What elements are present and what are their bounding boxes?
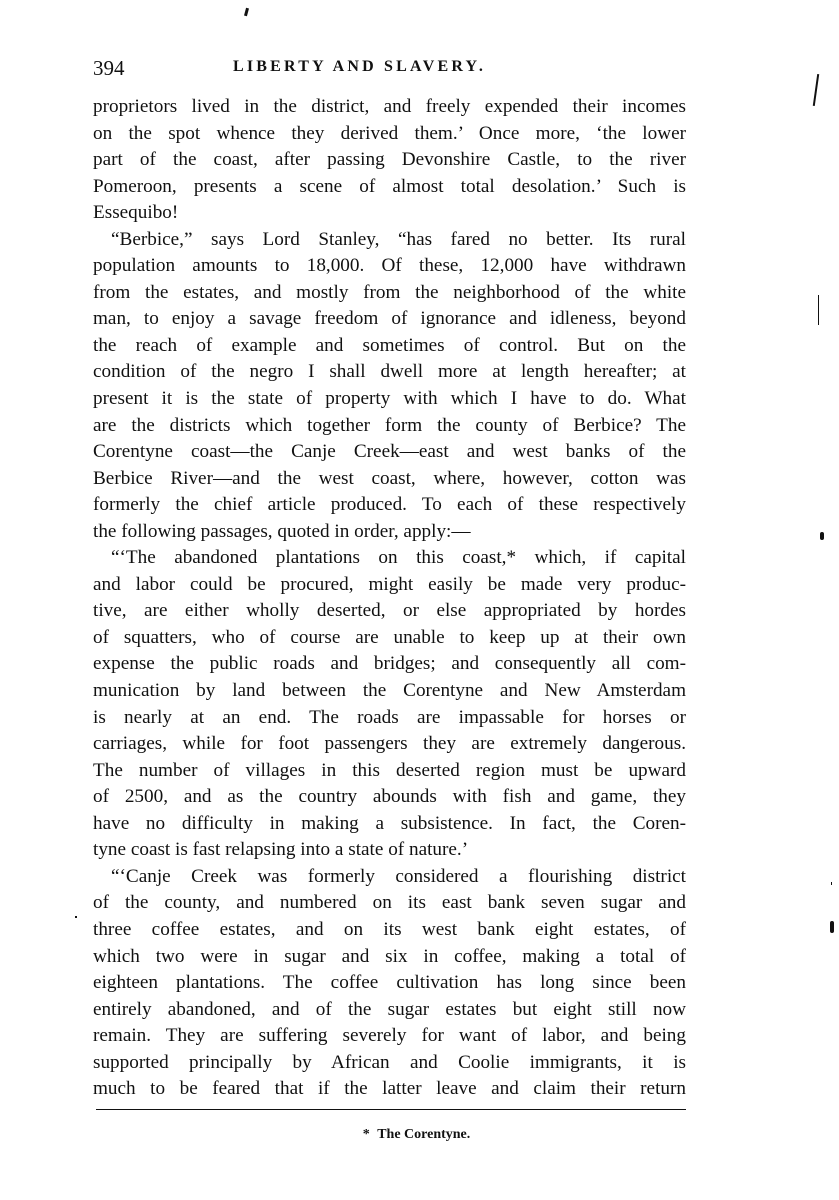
text-line: supported principally by African and Coo… [93, 1050, 686, 1077]
footnote: * The Corentyne. [0, 1127, 839, 1143]
text-line: population amounts to 18,000. Of these, … [93, 253, 686, 280]
text-line: and labor could be procured, might easil… [93, 572, 686, 599]
text-line: the reach of example and sometimes of co… [93, 333, 686, 360]
scan-mark-right-1 [813, 74, 819, 106]
text-line: formerly the chief article produced. To … [93, 492, 686, 519]
text-line: “‘The abandoned plantations on this coas… [93, 545, 686, 572]
text-line: the following passages, quoted in order,… [93, 519, 686, 546]
text-line: tive, are either wholly deserted, or els… [93, 598, 686, 625]
text-line: Corentyne coast—the Canje Creek—east and… [93, 439, 686, 466]
text-line: from the estates, and mostly from the ne… [93, 280, 686, 307]
text-line: expense the public roads and bridges; an… [93, 651, 686, 678]
text-line: is nearly at an end. The roads are impas… [93, 705, 686, 732]
text-line: remain. They are suffering severely for … [93, 1023, 686, 1050]
text-line: man, to enjoy a savage freedom of ignora… [93, 306, 686, 333]
text-line: condition of the negro I shall dwell mor… [93, 359, 686, 386]
scan-mark-right-2 [818, 295, 819, 325]
text-line: “Berbice,” says Lord Stanley, “has fared… [93, 227, 686, 254]
footnote-text: The Corentyne. [377, 1127, 470, 1142]
scan-mark-right-5 [831, 882, 832, 885]
text-line: present it is the state of property with… [93, 386, 686, 413]
text-line: Pomeroon, presents a scene of almost tot… [93, 174, 686, 201]
text-line: of 2500, and as the country abounds with… [93, 784, 686, 811]
scan-mark-top [244, 8, 249, 17]
text-line: part of the coast, after passing Devonsh… [93, 147, 686, 174]
scan-mark-right-3 [820, 532, 824, 540]
page-number: 394 [93, 56, 125, 81]
text-line: which two were in sugar and six in coffe… [93, 944, 686, 971]
text-line: “‘Canje Creek was formerly considered a … [93, 864, 686, 891]
text-line: entirely abandoned, and of the sugar est… [93, 997, 686, 1024]
running-head: LIBERTY AND SLAVERY. [233, 58, 486, 76]
text-line: are the districts which together form th… [93, 413, 686, 440]
text-line: of the county, and numbered on its east … [93, 890, 686, 917]
text-line: much to be feared that if the latter lea… [93, 1076, 686, 1103]
text-line: Berbice River—and the west coast, where,… [93, 466, 686, 493]
text-line: tyne coast is fast relapsing into a stat… [93, 837, 686, 864]
footnote-rule [96, 1109, 686, 1110]
text-line: munication by land between the Corentyne… [93, 678, 686, 705]
text-line: The number of villages in this deserted … [93, 758, 686, 785]
text-line: three coffee estates, and on its west ba… [93, 917, 686, 944]
scan-mark-right-4 [830, 921, 834, 933]
scan-mark-left [75, 916, 77, 918]
body-text: proprietors lived in the district, and f… [93, 94, 686, 1103]
text-line: of squatters, who of course are unable t… [93, 625, 686, 652]
text-line: proprietors lived in the district, and f… [93, 94, 686, 121]
text-line: eighteen plantations. The coffee cultiva… [93, 970, 686, 997]
text-line: on the spot whence they derived them.’ O… [93, 121, 686, 148]
text-line: carriages, while for foot passengers the… [93, 731, 686, 758]
footnote-marker: * [363, 1127, 370, 1142]
text-line: have no difficulty in making a subsisten… [93, 811, 686, 838]
text-line: Essequibo! [93, 200, 686, 227]
